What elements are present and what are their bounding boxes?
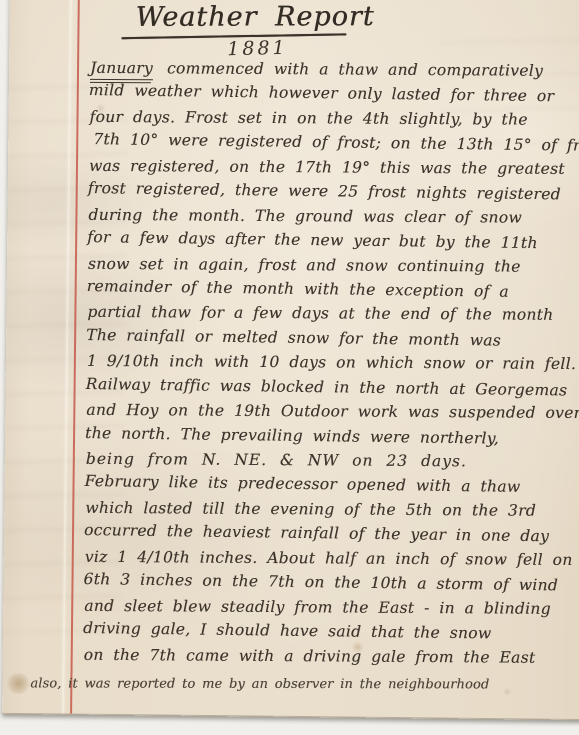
paper-stain [6, 673, 30, 694]
scanned-document-page: { "document": { "title": "Weather Report… [0, 0, 579, 735]
paper-sheet: Weather Report 1881 Januarycommenced wit… [2, 0, 579, 720]
manuscript-line: on the 7th came with a driving gale from… [84, 645, 579, 673]
page-title: Weather Report [136, 1, 375, 33]
manuscript-body: Januarycommenced with a thaw and compara… [82, 58, 579, 699]
manuscript-line-text: commenced with a thaw and comparatively [167, 59, 543, 79]
month-heading-january: January [90, 59, 153, 80]
report-year: 1881 [227, 37, 288, 60]
manuscript-line-footnote: also, it was reported to me by an observ… [30, 676, 550, 702]
